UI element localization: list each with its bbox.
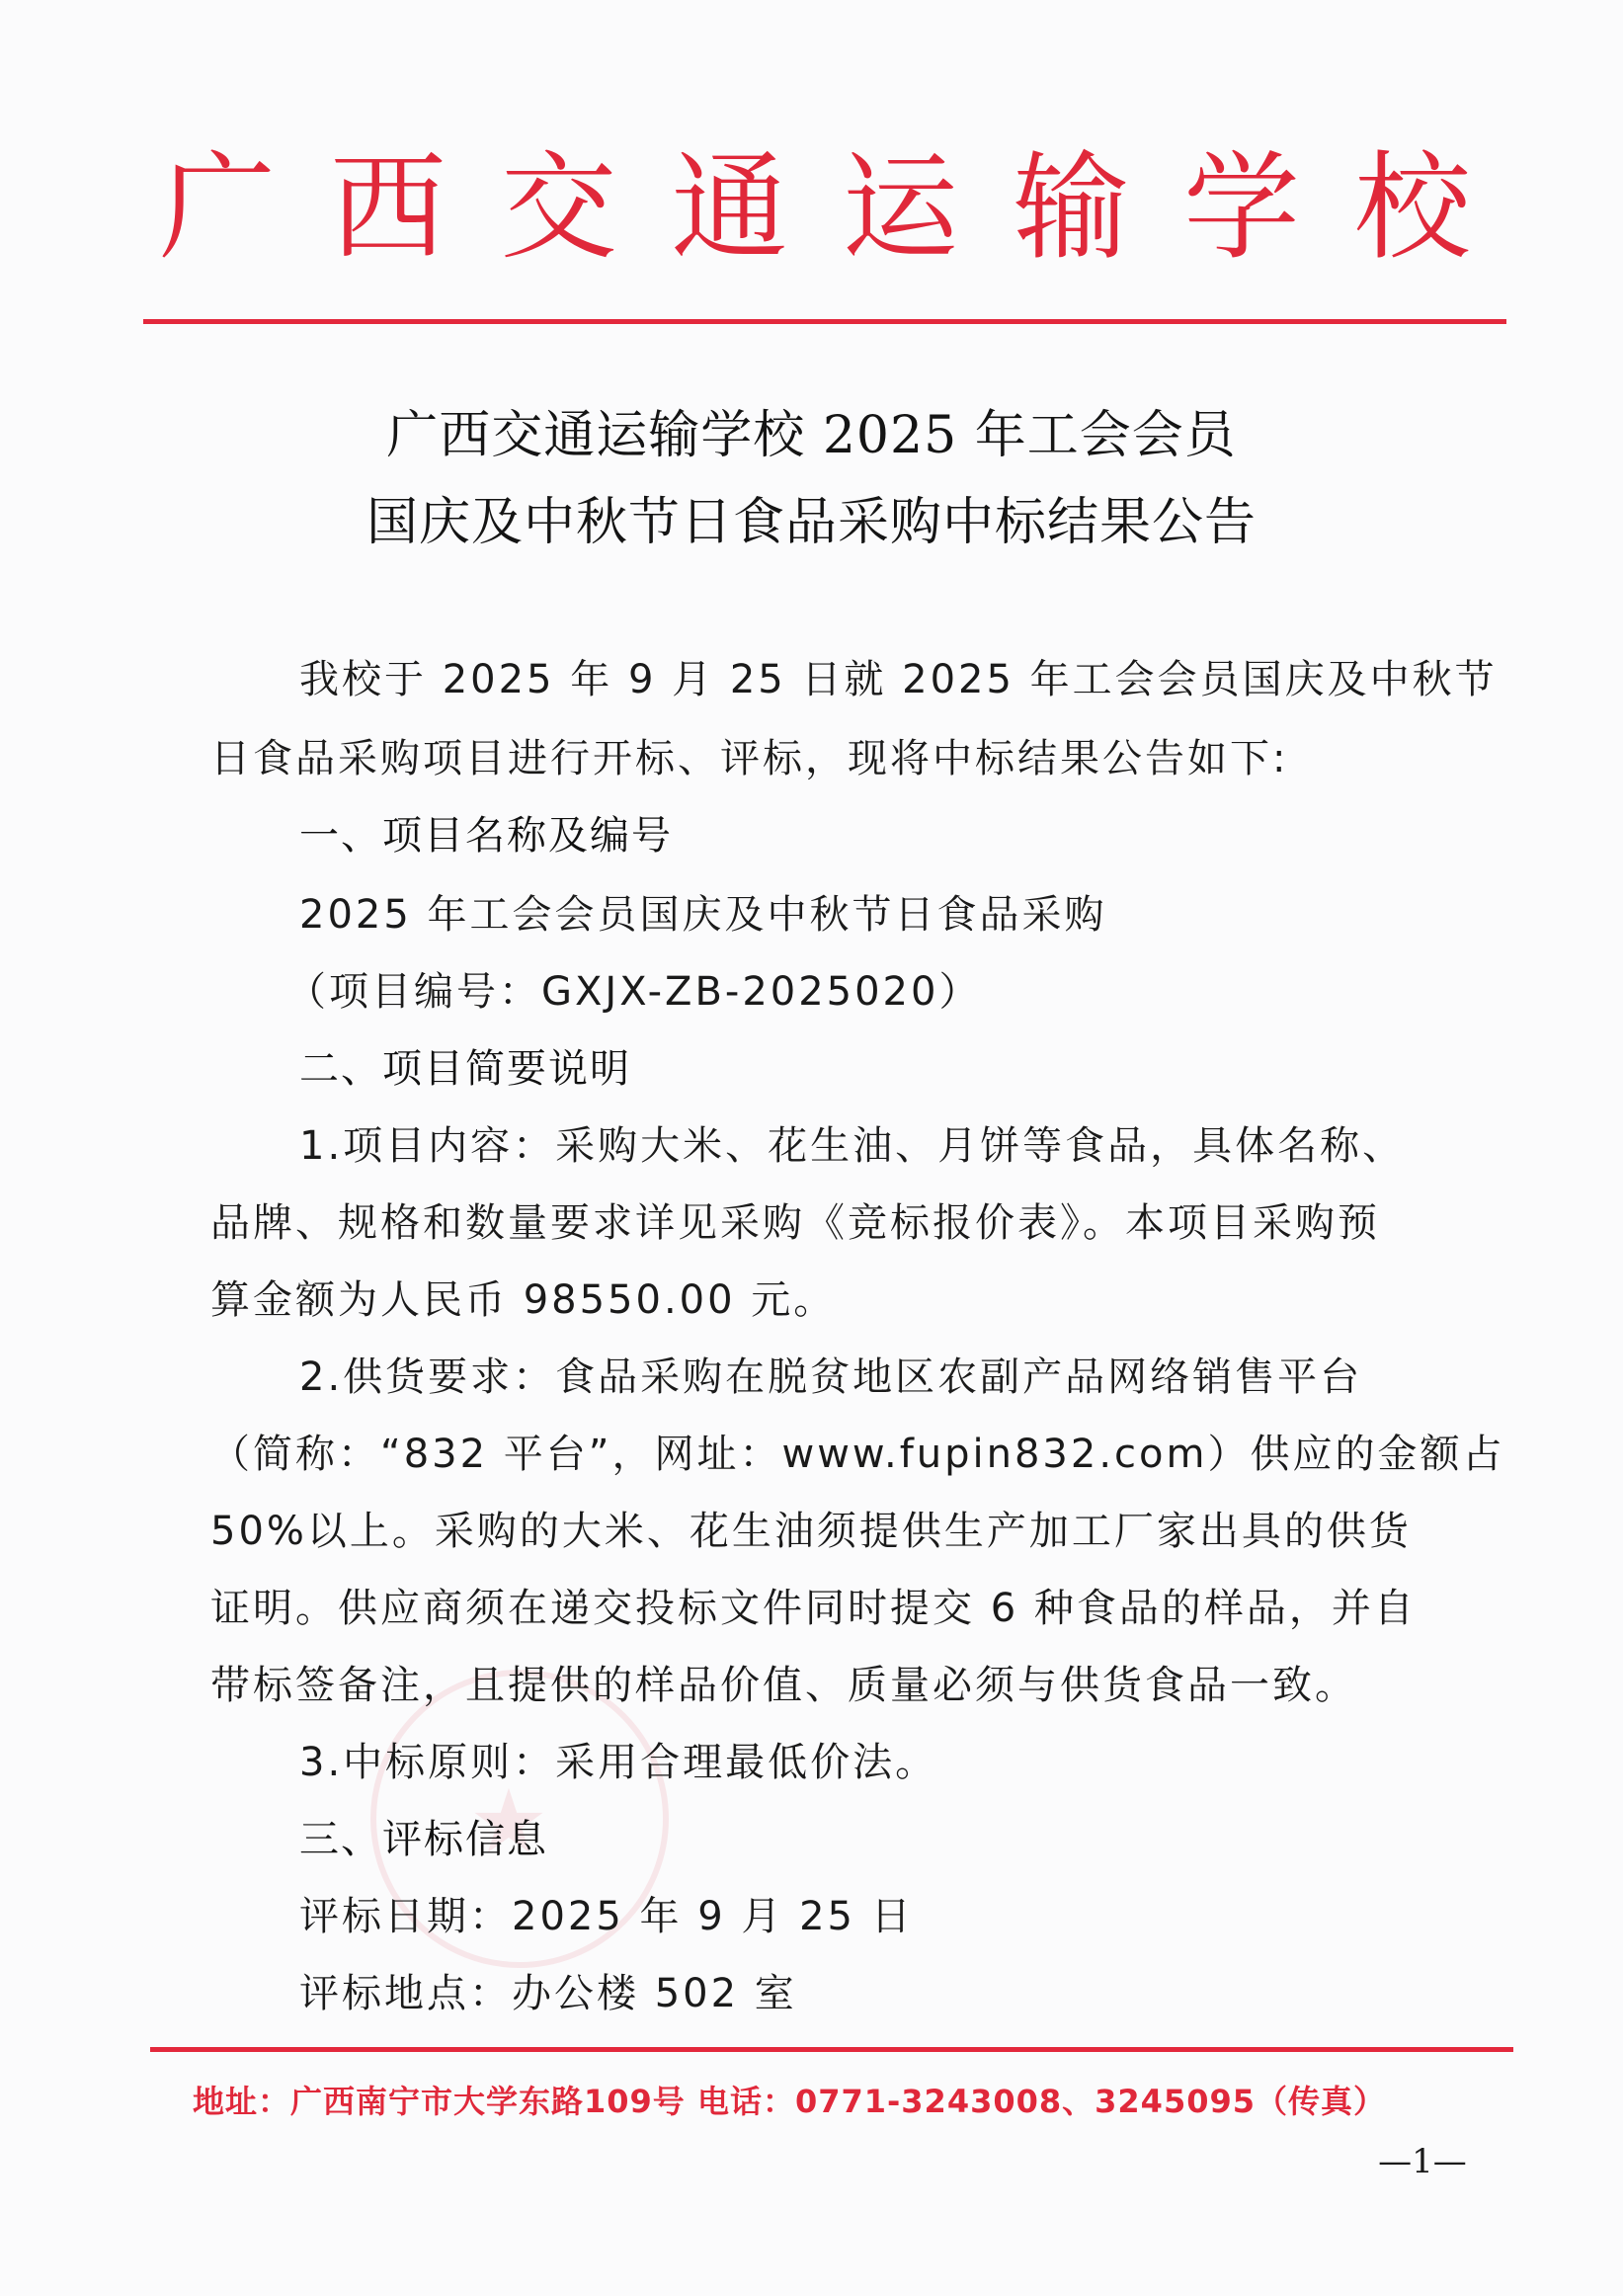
section-heading-3: 三、评标信息 xyxy=(299,1800,1514,1879)
page-number: —1— xyxy=(1363,2142,1482,2181)
letterhead-char: 校 xyxy=(1343,138,1482,277)
footer-divider xyxy=(150,2047,1513,2052)
item2-line-1: 2.供货要求：食品采购在脱贫地区农副产品网络销售平台 xyxy=(299,1338,1514,1417)
item1-line-2: 品牌、规格和数量要求详见采购《竞标报价表》。本项目采购预 xyxy=(210,1184,1425,1263)
item1-line-3: 算金额为人民币 98550.00 元。 xyxy=(210,1261,1425,1340)
item2-line-4: 证明。供应商须在递交投标文件同时提交 6 种食品的样品，并自 xyxy=(210,1569,1425,1648)
evaluation-date: 评标日期：2025 年 9 月 25 日 xyxy=(299,1877,1514,1956)
letterhead-char: 通 xyxy=(661,138,799,277)
item1-line-1: 1.项目内容：采购大米、花生油、月饼等食品，具体名称、 xyxy=(299,1107,1514,1186)
letterhead-char: 西 xyxy=(319,138,457,277)
letterhead-char: 输 xyxy=(1002,138,1140,277)
item2-line-3: 50%以上。采购的大米、花生油须提供生产加工厂家出具的供货 xyxy=(210,1492,1425,1571)
intro-paragraph-line-1: 我校于 2025 年 9 月 25 日就 2025 年工会会员国庆及中秋节 xyxy=(299,640,1514,719)
section-heading-1: 一、项目名称及编号 xyxy=(299,796,1514,875)
evaluation-location: 评标地点：办公楼 502 室 xyxy=(299,1954,1514,2033)
letterhead-char: 交 xyxy=(490,138,628,277)
letterhead-divider xyxy=(143,319,1506,324)
letterhead-school-name: 广 西 交 通 运 输 学 校 xyxy=(148,138,1482,277)
project-name: 2025 年工会会员国庆及中秋节日食品采购 xyxy=(299,875,1514,954)
item2-line-2: （简称：“832 平台”，网址：www.fupin832.com）供应的金额占 xyxy=(210,1415,1425,1494)
document-title-line-1: 广西交通运输学校 2025 年工会会员 xyxy=(0,400,1623,471)
footer-address: 地址：广西南宁市大学东路109号 电话：0771-3243008、3245095… xyxy=(193,2080,1526,2123)
item2-line-5: 带标签备注，且提供的样品价值、质量必须与供货食品一致。 xyxy=(210,1646,1425,1725)
letterhead-char: 运 xyxy=(831,138,969,277)
document-title-line-2: 国庆及中秋节日食品采购中标结果公告 xyxy=(0,487,1623,558)
item3: 3.中标原则：采用合理最低价法。 xyxy=(299,1723,1514,1802)
letterhead-char: 广 xyxy=(148,138,286,277)
project-number: （项目编号：GXJX-ZB-2025020） xyxy=(286,952,1501,1031)
letterhead-char: 学 xyxy=(1173,138,1311,277)
intro-paragraph-line-2: 日食品采购项目进行开标、评标，现将中标结果公告如下: xyxy=(210,719,1425,798)
section-heading-2: 二、项目简要说明 xyxy=(299,1029,1514,1108)
